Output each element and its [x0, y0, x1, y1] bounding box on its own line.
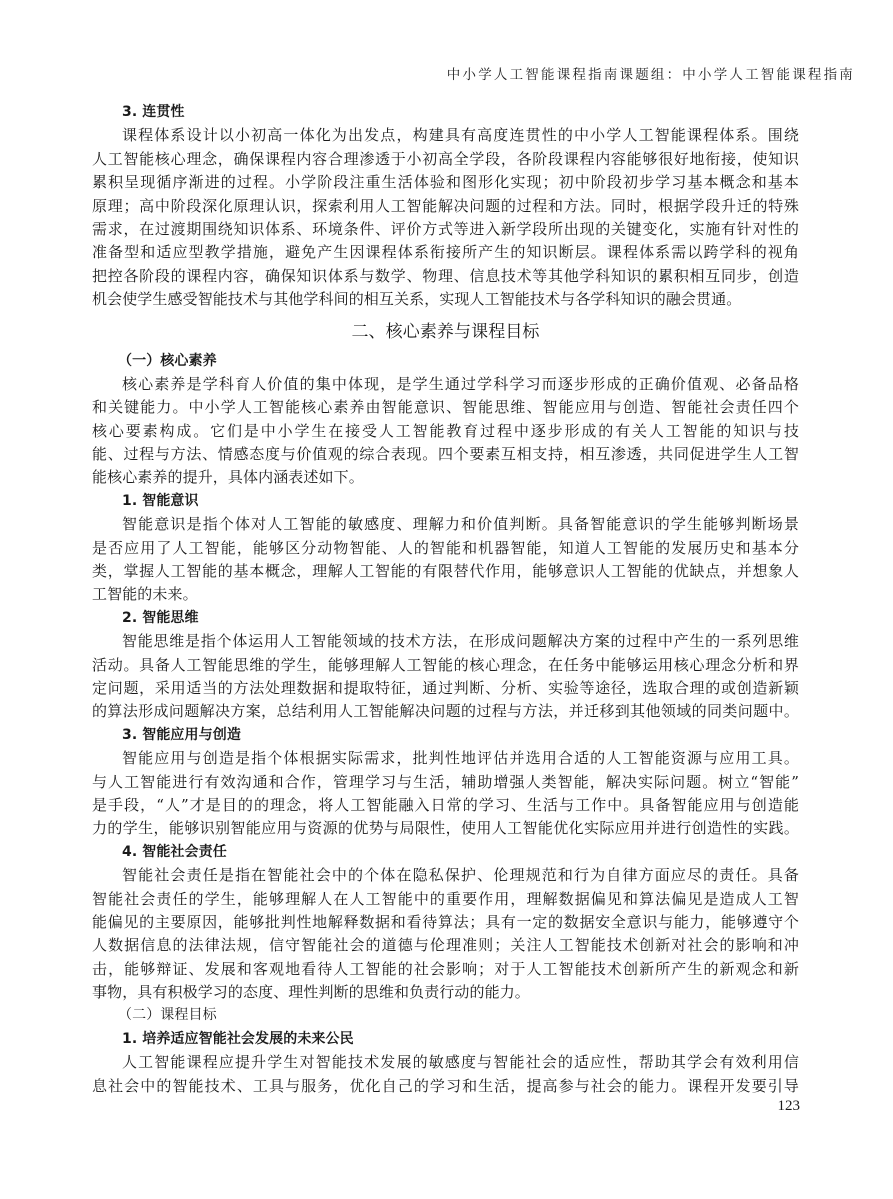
paragraph-line: 的算法形成问题解决方案，总结利用人工智能解决问题的过程与方法，并迁移到其他领域的… — [92, 700, 799, 723]
paragraph-line: 能核心素养的提升，具体内涵表述如下。 — [92, 466, 799, 489]
paragraph-line: 活动。具备人工智能思维的学生，能够理解人工智能的核心理念，在任务中能够运用核心理… — [92, 654, 799, 677]
paragraph-line: 与人工智能进行有效沟通和合作，管理学习与生活，辅助增强人类智能，解决实际问题。树… — [92, 771, 799, 794]
section-heading-coherence: 3. 连贯性 — [92, 101, 799, 124]
paragraph-line: 把控各阶段的课程内容，确保知识体系与数学、物理、信息技术等其他学科知识的累积相互… — [92, 265, 799, 288]
paragraph-line: 核心要素构成。它们是中小学生在接受人工智能教育过程中逐步形成的有关人工智能的知识… — [92, 420, 799, 443]
paragraph-line: 定问题，采用适当的方法处理数据和提取特征，通过判断、分析、实验等途径，选取合理的… — [92, 677, 799, 700]
paragraph-line: 类，掌握人工智能的基本概念，理解人工智能的有限替代作用，能够意识人工智能的优缺点… — [92, 560, 799, 583]
page-number: 123 — [778, 1098, 801, 1115]
item-heading-intelligence-awareness: 1. 智能意识 — [92, 490, 799, 513]
paragraph-line: 是手段，“人”才是目的的理念，将人工智能融入日常的学习、生活与工作中。具备智能应… — [92, 794, 799, 817]
item-heading-social-responsibility: 4. 智能社会责任 — [92, 841, 799, 864]
chapter-title: 二、核心素养与课程目标 — [92, 314, 799, 350]
paragraph-line: 是否应用了人工智能，能够区分动物智能、人的智能和机器智能，知道人工智能的发展历史… — [92, 537, 799, 560]
paragraph-line: 人工智能课程应提升学生对智能技术发展的敏感度与智能社会的适应性，帮助其学会有效利… — [92, 1051, 799, 1074]
paragraph-line: 和关键能力。中小学人工智能核心素养由智能意识、智能思维、智能应用与创造、智能社会… — [92, 396, 799, 419]
paragraph-line: 人工智能核心理念，确保课程内容合理渗透于小初高全学段，各阶段课程内容能够很好地衔… — [92, 148, 799, 171]
paragraph-line: 击，能够辩证、发展和客观地看待人工智能的社会影响；对于人工智能技术创新所产生的新… — [92, 958, 799, 981]
paragraph-line: 息社会中的智能技术、工具与服务，优化自己的学习和生活，提高参与社会的能力。课程开… — [92, 1075, 799, 1098]
item-heading-intelligent-thinking: 2. 智能思维 — [92, 607, 799, 630]
paragraph-line: 智能应用与创造是指个体根据实际需求，批判性地评估并选用合适的人工智能资源与应用工… — [92, 747, 799, 770]
paragraph-line: 原理；高中阶段深化原理认识，探索利用人工智能解决问题的过程和方法。同时，根据学段… — [92, 195, 799, 218]
paragraph-line: 智能意识是指个体对人工智能的敏感度、理解力和价值判断。具备智能意识的学生能够判断… — [92, 513, 799, 536]
paragraph-line: 课程体系设计以小初高一体化为出发点，构建具有高度连贯性的中小学人工智能课程体系。… — [92, 124, 799, 147]
paragraph-line: 工智能的未来。 — [92, 583, 799, 606]
paragraph-line: 力的学生，能够识别智能应用与资源的优势与局限性，使用人工智能优化实际应用并进行创… — [92, 817, 799, 840]
paragraph-line: 能偏见的主要原因，能够批判性地解释数据和看待算法；具有一定的数据安全意识与能力，… — [92, 911, 799, 934]
paragraph-line: 智能思维是指个体运用人工智能领域的技术方法，在形成问题解决方案的过程中产生的一系… — [92, 630, 799, 653]
paragraph-line: 需求，在过渡期围绕知识体系、环境条件、评价方式等进入新学段所出现的关键变化，实施… — [92, 218, 799, 241]
item-heading-application-creation: 3. 智能应用与创造 — [92, 724, 799, 747]
paragraph-line: 准备型和适应型教学措施，避免产生因课程体系衔接所产生的知识断层。课程体系需以跨学… — [92, 241, 799, 264]
paragraph-line: 智能社会责任是指在智能社会中的个体在隐私保护、伦理规范和行为自律方面应尽的责任。… — [92, 864, 799, 887]
running-header: 中小学人工智能课程指南课题组：中小学人工智能课程指南 — [447, 63, 855, 83]
subsection-heading-core-literacy: （一）核心素养 — [92, 350, 799, 373]
subsection-heading-course-goals: （二）课程目标 — [92, 1004, 799, 1027]
paragraph-line: 事物，具有积极学习的态度、理性判断的思维和负责行动的能力。 — [92, 981, 799, 1004]
paragraph-line: 机会使学生感受智能技术与其他学科间的相互关系，实现人工智能技术与各学科知识的融会… — [92, 288, 799, 311]
item-heading-future-citizens: 1. 培养适应智能社会发展的未来公民 — [92, 1028, 799, 1051]
paragraph-line: 累积呈现循序渐进的过程。小学阶段注重生活体验和图形化实现；初中阶段初步学习基本概… — [92, 171, 799, 194]
page-body: 3. 连贯性 课程体系设计以小初高一体化为出发点，构建具有高度连贯性的中小学人工… — [92, 101, 799, 1098]
paragraph-line: 人数据信息的法律法规，信守智能社会的道德与伦理准则；关注人工智能技术创新对社会的… — [92, 934, 799, 957]
paragraph-line: 核心素养是学科育人价值的集中体现，是学生通过学科学习而逐步形成的正确价值观、必备… — [92, 373, 799, 396]
paragraph-line: 能、过程与方法、情感态度与价值观的综合表现。四个要素互相支持，相互渗透，共同促进… — [92, 443, 799, 466]
paragraph-line: 智能社会责任的学生，能够理解人在人工智能中的重要作用，理解数据偏见和算法偏见是造… — [92, 888, 799, 911]
